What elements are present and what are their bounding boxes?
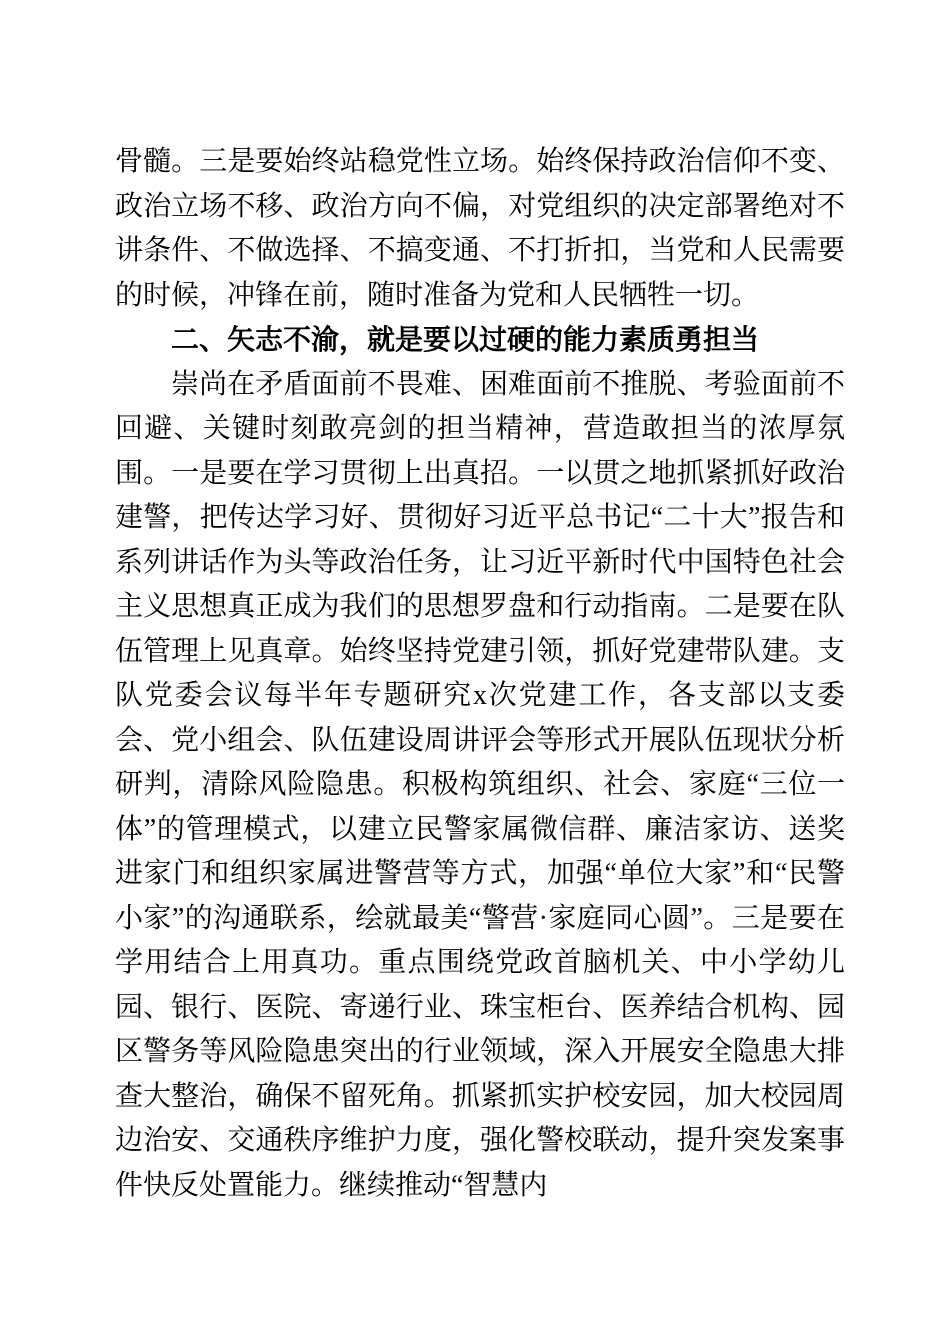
- document-body: 骨髓。三是要始终站稳党性立场。始终保持政治信仰不变、政治立场不移、政治方向不偏，…: [115, 140, 845, 1208]
- section-heading: 二、矢志不渝，就是要以过硬的能力素质勇担当: [115, 318, 845, 363]
- document-page: 骨髓。三是要始终站稳党性立场。始终保持政治信仰不变、政治立场不移、政治方向不偏，…: [0, 0, 950, 1344]
- section-body-paragraph: 崇尚在矛盾面前不畏难、困难面前不推脱、考验面前不回避、关键时刻敢亮剑的担当精神，…: [115, 363, 845, 1209]
- paragraph-continuation: 骨髓。三是要始终站稳党性立场。始终保持政治信仰不变、政治立场不移、政治方向不偏，…: [115, 140, 845, 318]
